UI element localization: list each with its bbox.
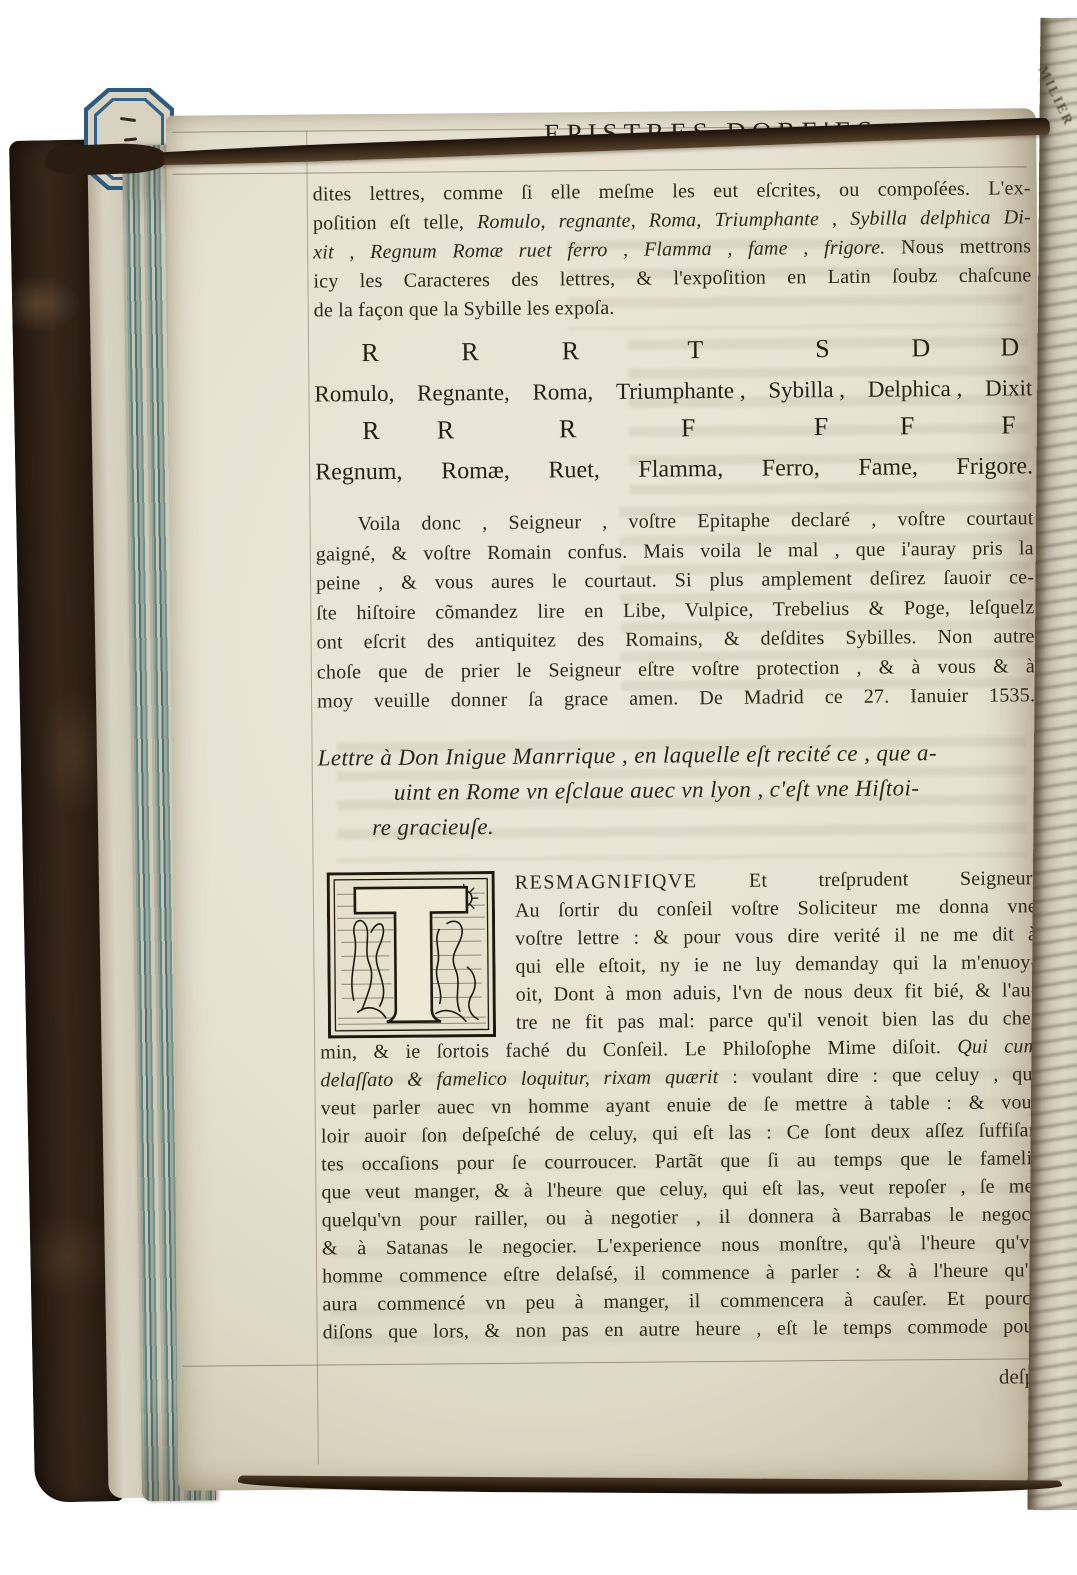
text-line: de la façon que la Sybille les expoſa. bbox=[314, 290, 1032, 325]
paragraph-epitaph-close: Voila donc , Seigneur , voſtre Epitaphe … bbox=[315, 504, 1035, 717]
text-line: diſons que lors, & non pas en autre heur… bbox=[323, 1312, 1041, 1346]
text-line: moy veuille donner ſa grace amen. De Mad… bbox=[317, 681, 1035, 717]
paragraph-letter-body: RESMAGNIFIQVE Et treſprudent Seigneur. A… bbox=[319, 864, 1041, 1346]
text-line: voſtre lettre : & pour vous dire verité … bbox=[515, 920, 1037, 953]
letters-row-2: R R R F F F F bbox=[315, 410, 1033, 454]
photograph-of-open-book: EPISTRES DORE'ES 96 dites lettres, comme… bbox=[0, 0, 1077, 1575]
letter-heading-italic: Lettre à Don Inigue Manrrique , en laque… bbox=[317, 734, 1036, 845]
text-line: Au ſortir du conſeil voſtre Soliciteur m… bbox=[515, 892, 1037, 925]
text-block: dites lettres, comme ſi elle meſme les e… bbox=[313, 174, 1031, 180]
words-row-2: Regnum, Romæ, Ruet, Flamma, Ferro, Fame,… bbox=[315, 448, 1033, 494]
text-line: tre ne fit pas mal: parce qu'il venoit b… bbox=[516, 1004, 1038, 1037]
book-page: EPISTRES DORE'ES 96 dites lettres, comme… bbox=[166, 108, 1048, 1491]
frame-rule-under-head bbox=[173, 166, 1027, 175]
sybil-letters-table: R R R T S D D Romulo, Regnante, Roma, Tr… bbox=[314, 332, 1033, 494]
catchword: deſp bbox=[323, 1364, 1035, 1395]
text-line: RESMAGNIFIQVE Et treſprudent Seigneur. bbox=[515, 864, 1037, 897]
heading-line: re gracieuſe. bbox=[318, 804, 1036, 845]
words-row-1: Romulo, Regnante, Roma, Triumphante , Sy… bbox=[314, 370, 1032, 416]
heading-line: Lettre à Don Inigue Manrrique , en laque… bbox=[317, 734, 1035, 775]
letters-row-1: R R R T S D D bbox=[314, 332, 1032, 376]
text-line: oit, Dont à mon aduis, l'vn de nous deux… bbox=[516, 976, 1038, 1009]
paragraph-exposition: dites lettres, comme ſi elle meſme les e… bbox=[313, 174, 1032, 325]
woodcut-initial-T bbox=[327, 871, 496, 1038]
text-line: qui elle eſtoit, ny ie ne luy demanday q… bbox=[515, 948, 1037, 981]
